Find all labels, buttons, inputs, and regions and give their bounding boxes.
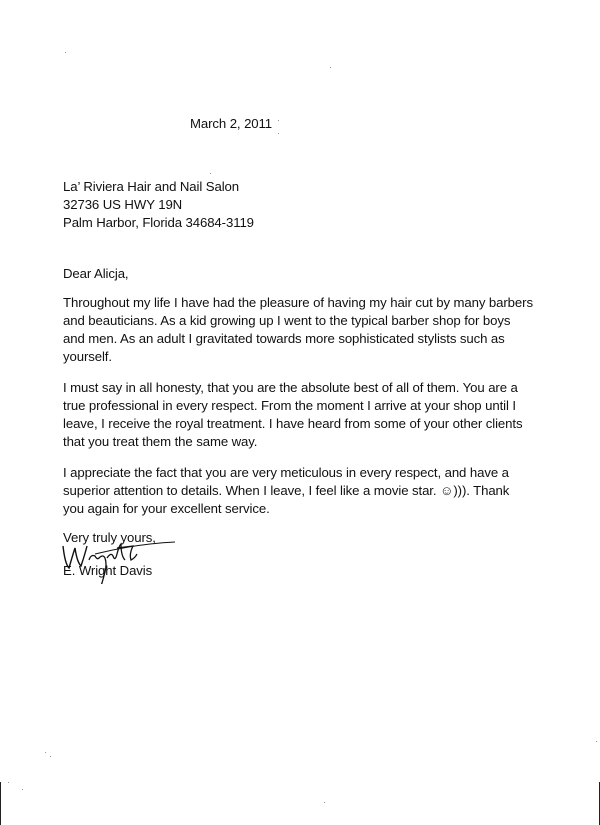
- scan-speck: [65, 52, 66, 53]
- scan-speck: [596, 741, 597, 742]
- signature-name: E. Wright Davis: [63, 563, 152, 579]
- scan-speck: [278, 133, 279, 134]
- paragraph-line: you again for your excellent service.: [63, 501, 270, 517]
- scan-speck: [330, 67, 331, 68]
- salutation: Dear Alicja,: [63, 266, 129, 282]
- paragraph-line: yourself.: [63, 349, 112, 365]
- paragraph-line: true professional in every respect. From…: [63, 398, 516, 414]
- paragraph-line: and beauticians. As a kid growing up I w…: [63, 313, 510, 329]
- recipient-city: Palm Harbor, Florida 34684-3119: [63, 215, 254, 231]
- scan-speck: [8, 782, 9, 783]
- paragraph-line: I appreciate the fact that you are very …: [63, 465, 509, 481]
- paragraph-line: and men. As an adult I gravitated toward…: [63, 331, 505, 347]
- paragraph-line: superior attention to details. When I le…: [63, 483, 509, 499]
- paragraph-line: I must say in all honesty, that you are …: [63, 380, 518, 396]
- scan-edge-left: [0, 782, 1, 825]
- paragraph-line: that you treat them the same way.: [63, 434, 257, 450]
- recipient-street: 32736 US HWY 19N: [63, 197, 182, 213]
- recipient-name: La’ Riviera Hair and Nail Salon: [63, 179, 239, 195]
- paragraph-line: Throughout my life I have had the pleasu…: [63, 295, 533, 311]
- scan-speck: [210, 173, 211, 174]
- scan-speck: [45, 752, 46, 753]
- paragraph-line: leave, I receive the royal treatment. I …: [63, 416, 522, 432]
- letter-page: March 2, 2011 La’ Riviera Hair and Nail …: [0, 0, 600, 825]
- scan-speck: [22, 789, 23, 790]
- scan-speck: [50, 756, 51, 757]
- letter-date: March 2, 2011: [190, 116, 272, 132]
- scan-speck: [324, 802, 325, 803]
- scan-speck: [278, 120, 279, 121]
